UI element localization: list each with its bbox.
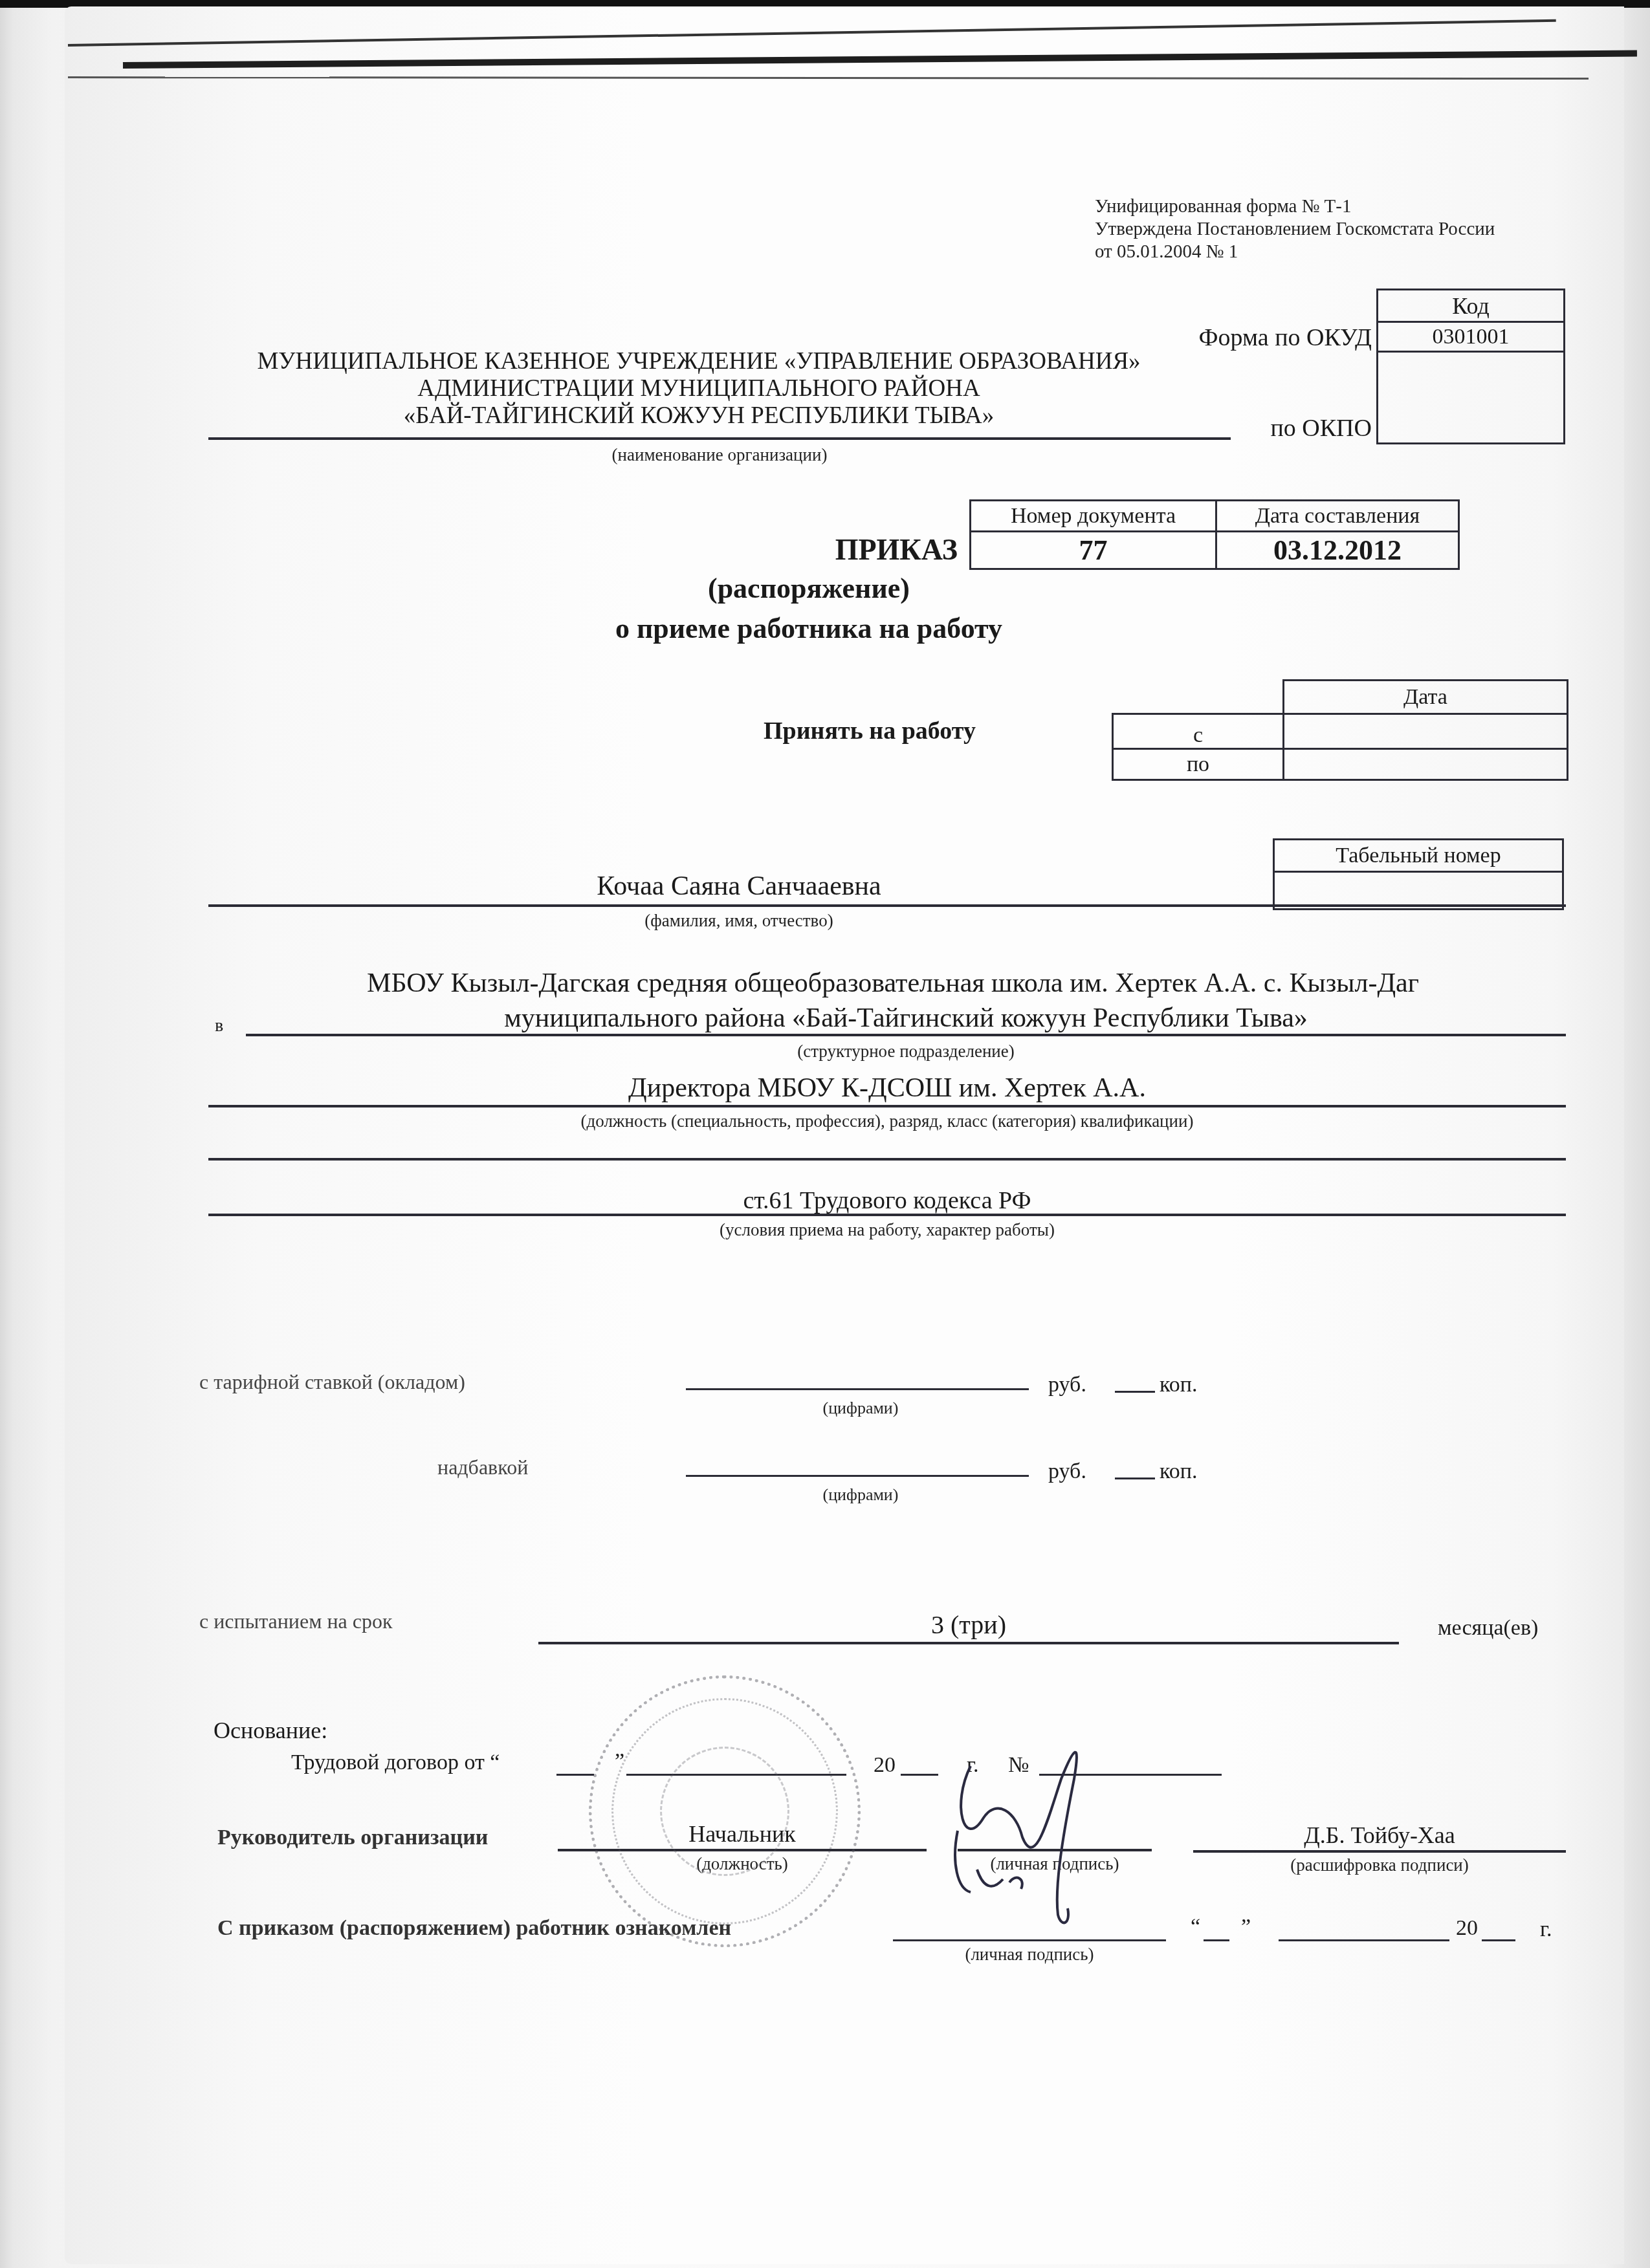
organization-line: «БАЙ-ТАЙГИНСКИЙ КОЖУУН РЕСПУБЛИКИ ТЫВА» bbox=[194, 402, 1204, 430]
department-line-1[interactable]: МБОУ Кызыл-Дагская средняя общеобразоват… bbox=[220, 968, 1566, 999]
okud-value[interactable]: 0301001 bbox=[1378, 322, 1565, 352]
hire-period-table: Дата с по bbox=[1112, 679, 1568, 781]
bonus-rub-label: руб. bbox=[1048, 1459, 1086, 1484]
contract-year-field[interactable] bbox=[901, 1774, 938, 1776]
head-name-caption: (расшифровка подписи) bbox=[1193, 1855, 1566, 1875]
position-underline bbox=[208, 1105, 1566, 1107]
hire-label: Принять на работу bbox=[764, 717, 976, 745]
tariff-kop-field[interactable] bbox=[1115, 1391, 1155, 1393]
order-subtitle: (распоряжение) bbox=[582, 572, 1035, 605]
order-title: ПРИКАЗ bbox=[686, 532, 958, 567]
document-number-table: Номер документа Дата составления 77 03.1… bbox=[969, 499, 1460, 570]
ack-quote-close: ” bbox=[1241, 1915, 1251, 1939]
bonus-caption: (цифрами) bbox=[764, 1485, 958, 1505]
organization-line: АДМИНИСТРАЦИИ МУНИЦИПАЛЬНОГО РАЙОНА bbox=[194, 375, 1204, 402]
hire-date-header: Дата bbox=[1284, 681, 1568, 714]
head-name-underline bbox=[1193, 1850, 1566, 1853]
tariff-caption: (цифрами) bbox=[764, 1399, 958, 1418]
doc-date-value[interactable]: 03.12.2012 bbox=[1216, 532, 1459, 569]
employee-name-underline bbox=[208, 904, 1566, 907]
ack-quote-open: “ bbox=[1191, 1915, 1200, 1939]
hire-from-date[interactable] bbox=[1284, 714, 1568, 749]
organization-underline bbox=[208, 437, 1231, 440]
employee-name[interactable]: Кочаа Саяна Санчааевна bbox=[208, 871, 1270, 902]
contract-day-field[interactable] bbox=[556, 1774, 594, 1776]
organization-stamp bbox=[589, 1675, 861, 1947]
tariff-kop-label: коп. bbox=[1160, 1373, 1198, 1397]
organization-caption: (наименование организации) bbox=[208, 445, 1231, 465]
employee-name-caption: (фамилия, имя, отчество) bbox=[208, 911, 1270, 931]
conditions-value[interactable]: ст.61 Трудового кодекса РФ bbox=[208, 1186, 1566, 1215]
form-note-line: от 05.01.2004 № 1 bbox=[1095, 241, 1495, 263]
department-line-2[interactable]: муниципального района «Бай-Тайгинский ко… bbox=[246, 1003, 1566, 1034]
employee-signature-field[interactable] bbox=[893, 1939, 1166, 1941]
contract-prefix: Трудовой договор от “ bbox=[291, 1750, 500, 1775]
hire-to-label: по bbox=[1113, 749, 1284, 780]
position-extra-line bbox=[208, 1158, 1566, 1161]
okpo-label: по ОКПО bbox=[1255, 414, 1372, 442]
ack-year-field[interactable] bbox=[1482, 1939, 1515, 1941]
department-prefix: в bbox=[215, 1016, 223, 1036]
form-note-line: Унифицированная форма № Т-1 bbox=[1095, 195, 1495, 218]
hire-from-label: с bbox=[1113, 714, 1284, 749]
tariff-rub-field[interactable] bbox=[686, 1388, 1029, 1390]
tab-number-header: Табельный номер bbox=[1274, 840, 1563, 872]
organization-line: МУНИЦИПАЛЬНОЕ КАЗЕННОЕ УЧРЕЖДЕНИЕ «УПРАВ… bbox=[194, 348, 1204, 375]
position-value[interactable]: Директора МБОУ К-ДСОШ им. Хертек А.А. bbox=[208, 1073, 1566, 1104]
head-name[interactable]: Д.Б. Тойбу-Хаа bbox=[1193, 1822, 1566, 1849]
contract-year-prefix: 20 bbox=[874, 1753, 896, 1778]
department-caption: (структурное подразделение) bbox=[246, 1041, 1566, 1062]
code-table: Код 0301001 bbox=[1376, 289, 1565, 444]
probation-value[interactable]: 3 (три) bbox=[538, 1609, 1399, 1640]
bonus-kop-field[interactable] bbox=[1115, 1477, 1155, 1479]
code-header: Код bbox=[1378, 290, 1565, 322]
tariff-label: с тарифной ставкой (окладом) bbox=[199, 1370, 465, 1394]
ack-month-field[interactable] bbox=[1279, 1939, 1449, 1941]
form-note-line: Утверждена Постановлением Госкомстата Ро… bbox=[1095, 218, 1495, 241]
doc-number-value[interactable]: 77 bbox=[971, 532, 1216, 569]
department-underline bbox=[246, 1034, 1566, 1036]
employee-signature-caption: (личная подпись) bbox=[893, 1945, 1166, 1965]
doc-number-header: Номер документа bbox=[971, 501, 1216, 532]
tariff-rub-label: руб. bbox=[1048, 1373, 1086, 1397]
head-label: Руководитель организации bbox=[217, 1826, 488, 1850]
order-subject: о приеме работника на работу bbox=[453, 612, 1165, 645]
probation-underline bbox=[538, 1642, 1399, 1644]
position-caption: (должность (специальность, профессия), р… bbox=[208, 1111, 1566, 1131]
probation-label: с испытанием на срок bbox=[199, 1609, 393, 1633]
bonus-rub-field[interactable] bbox=[686, 1475, 1029, 1477]
bonus-kop-label: коп. bbox=[1160, 1459, 1198, 1484]
ack-day-field[interactable] bbox=[1204, 1939, 1229, 1941]
form-approval-note: Унифицированная форма № Т-1 Утверждена П… bbox=[1095, 195, 1495, 263]
hire-period-corner bbox=[1113, 681, 1284, 714]
tab-number-table: Табельный номер bbox=[1273, 838, 1564, 910]
okpo-value[interactable] bbox=[1378, 352, 1565, 444]
ack-year-prefix: 20 bbox=[1456, 1916, 1478, 1941]
probation-unit: месяца(ев) bbox=[1438, 1616, 1538, 1641]
conditions-caption: (условия приема на работу, характер рабо… bbox=[208, 1220, 1566, 1240]
doc-date-header: Дата составления bbox=[1216, 501, 1459, 532]
organization-name: МУНИЦИПАЛЬНОЕ КАЗЕННОЕ УЧРЕЖДЕНИЕ «УПРАВ… bbox=[194, 348, 1204, 430]
hire-to-date[interactable] bbox=[1284, 749, 1568, 780]
handwritten-signature bbox=[945, 1740, 1113, 1934]
conditions-underline bbox=[208, 1214, 1566, 1216]
tab-number-value[interactable] bbox=[1274, 872, 1563, 910]
ack-year-suffix: г. bbox=[1540, 1917, 1552, 1942]
basis-label: Основание: bbox=[214, 1717, 327, 1744]
bonus-label: надбавкой bbox=[437, 1456, 528, 1479]
